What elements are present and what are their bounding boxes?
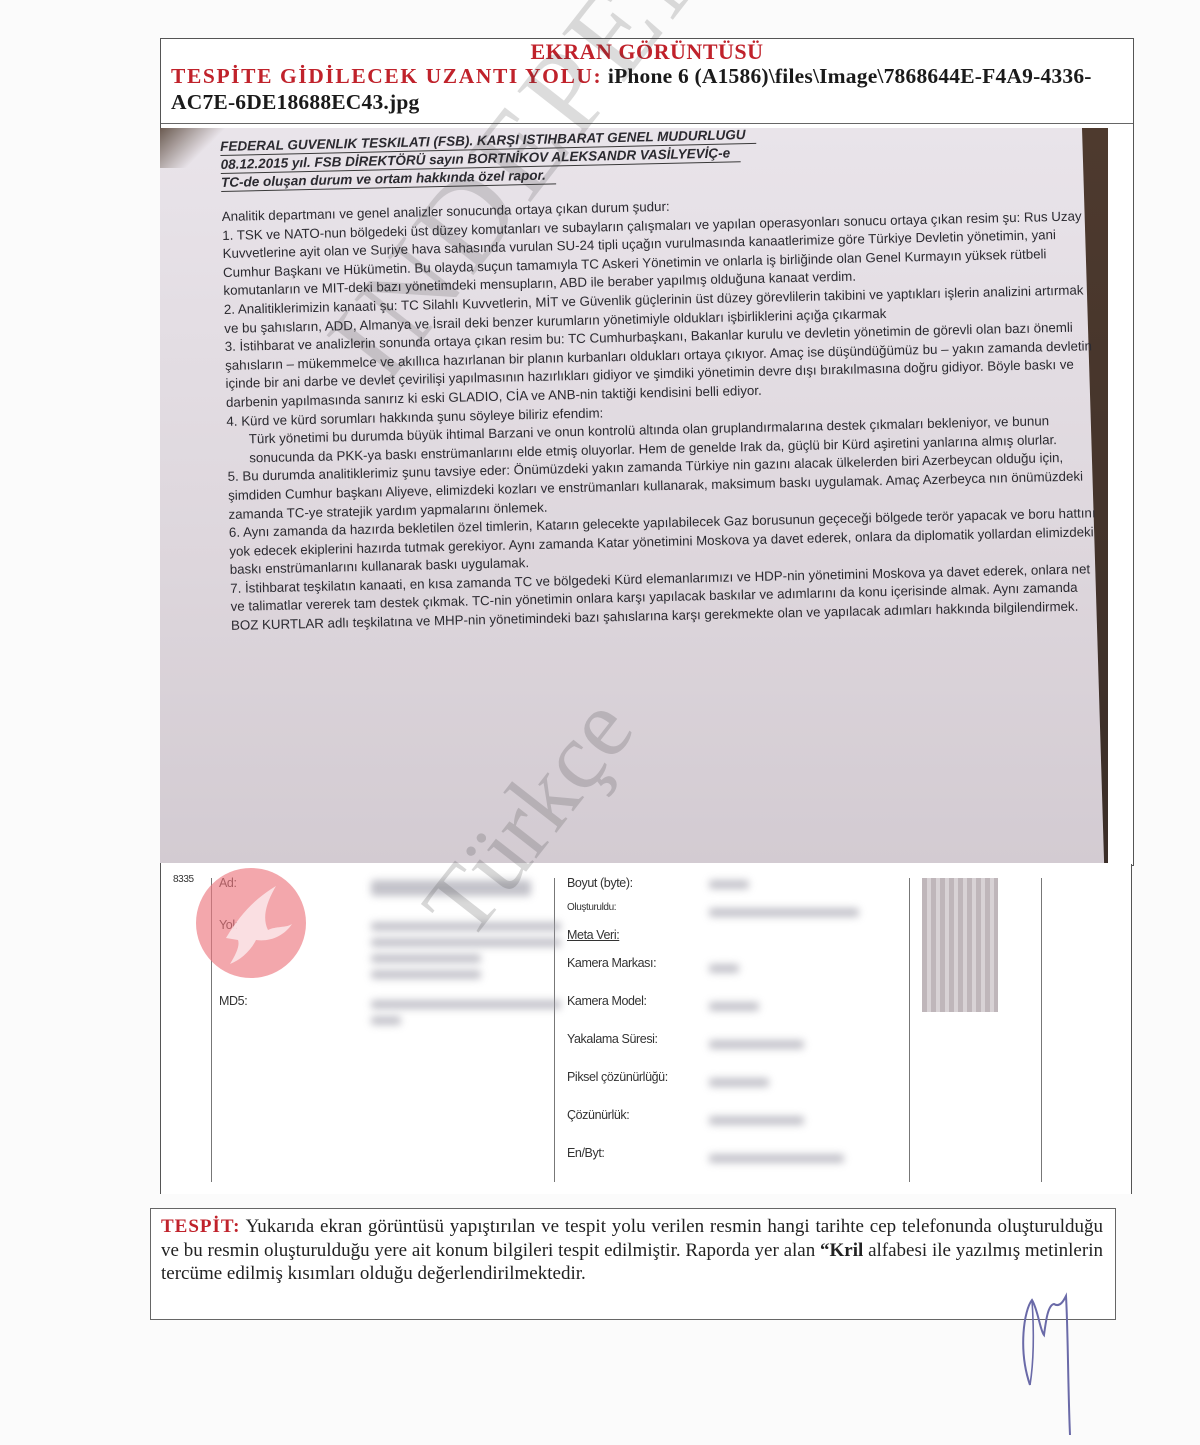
label-size: Boyut (byte): [567, 876, 633, 890]
report-body: Analitik departmanı ve genel analizler s… [222, 188, 1101, 635]
redacted-value [371, 970, 481, 979]
signature-icon [1010, 1290, 1090, 1440]
redacted-value [709, 1154, 844, 1163]
redacted-value [371, 938, 561, 947]
label-camera-model: Kamera Model: [567, 994, 647, 1008]
label-md5: MD5: [219, 994, 247, 1008]
finding-label: TESPİT: [161, 1216, 241, 1237]
report-header: FEDERAL GUVENLIK TESKILATI (FSB). KARŞI … [220, 128, 1091, 192]
redacted-value [709, 1078, 769, 1087]
finding-bold-text: “Kril [820, 1240, 863, 1261]
redacted-value [709, 1116, 804, 1125]
label-pixel-resolution: Piksel çözünürlüğü: [567, 1070, 668, 1084]
redacted-value [371, 1000, 561, 1009]
redacted-value [371, 922, 561, 931]
file-path: TESPİTE GİDİLECEK UZANTI YOLU: iPhone 6 … [171, 63, 1123, 115]
page-title: EKRAN GÖRÜNTÜSÜ [161, 39, 1133, 65]
label-resolution: Çözünürlük: [567, 1108, 629, 1122]
label-meta: Meta Veri: [567, 928, 619, 942]
redacted-value [709, 1040, 804, 1049]
redacted-value [709, 1002, 759, 1011]
column-divider [1041, 878, 1042, 1182]
label-dimensions: En/Byt: [567, 1146, 605, 1160]
watermark-logo [196, 868, 306, 978]
label-created: Oluşturuldu: [567, 902, 616, 913]
bird-icon [196, 868, 306, 978]
redacted-value [709, 908, 859, 917]
record-id: 8335 [173, 874, 194, 885]
photographed-report: FEDERAL GUVENLIK TESKILATI (FSB). KARŞI … [220, 128, 1101, 636]
path-label: TESPİTE GİDİLECEK UZANTI YOLU: [171, 64, 602, 88]
column-divider [909, 878, 910, 1182]
redacted-value [371, 954, 481, 963]
label-camera-make: Kamera Markası: [567, 956, 656, 970]
document-photo: FEDERAL GUVENLIK TESKILATI (FSB). KARŞI … [160, 128, 1108, 863]
label-capture-time: Yakalama Süresi: [567, 1032, 658, 1046]
finding-box: TESPİT: Yukarıda ekran görüntüsü yapıştı… [150, 1208, 1116, 1320]
redacted-value [371, 1016, 401, 1025]
redacted-value [709, 880, 749, 889]
redacted-value [371, 880, 531, 896]
divider [161, 123, 1133, 124]
image-thumbnail [922, 878, 998, 1012]
redacted-value [709, 964, 739, 973]
